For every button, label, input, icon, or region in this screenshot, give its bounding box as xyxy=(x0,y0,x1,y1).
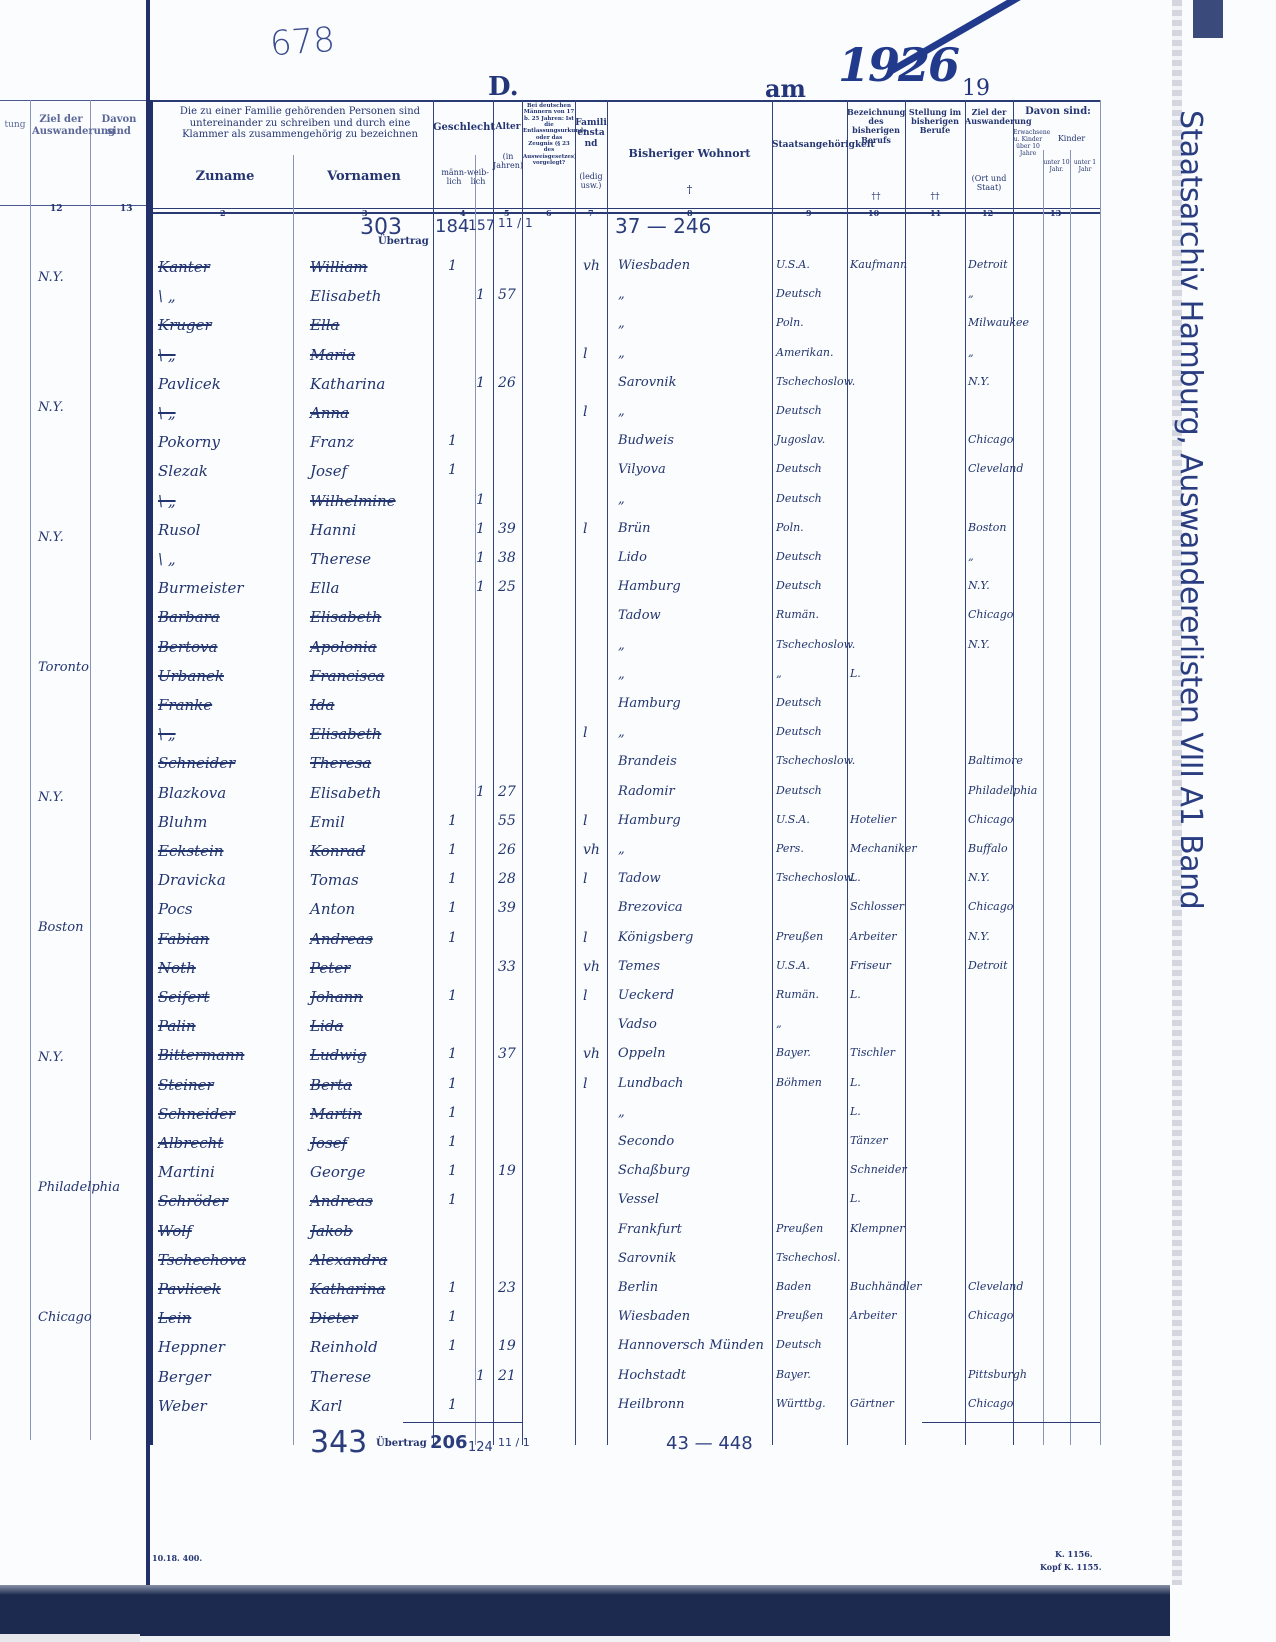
residence-cell: Temes xyxy=(618,959,660,974)
table-row: \ „Therese138LidoDeutsch„ xyxy=(150,550,1100,577)
marital-cell: vh xyxy=(583,842,600,858)
column-number: 9 xyxy=(806,208,812,218)
destination-cell: Boston xyxy=(968,521,1006,534)
marital-note: (ledig usw.) xyxy=(575,172,607,190)
male-cell: 1 xyxy=(448,1280,457,1296)
occupation-cell: Tänzer xyxy=(850,1134,888,1147)
table-row: FrankeIdaHamburgDeutsch xyxy=(150,696,1100,723)
nationality-cell: U.S.A. xyxy=(776,258,810,271)
surname-cell: \ „ xyxy=(158,404,176,422)
given-name-cell: Anton xyxy=(310,900,355,918)
destination-cell: „ xyxy=(968,287,974,300)
destination-cell: N.Y. xyxy=(968,930,990,943)
male-cell: 1 xyxy=(448,462,457,478)
surname-cell: Schneider xyxy=(158,1105,235,1123)
table-row: PalinLidaVadso„ xyxy=(150,1017,1100,1044)
nationality-cell: Tschechoslow. xyxy=(776,375,855,388)
surname-cell: Kanter xyxy=(158,258,210,276)
destination-cell: Detroit xyxy=(968,959,1008,972)
occupation-cell: Arbeiter xyxy=(850,1309,896,1322)
given-name-cell: Karl xyxy=(310,1397,342,1415)
nationality-cell: Deutsch xyxy=(776,784,822,797)
left-page-destination: Chicago xyxy=(38,1310,92,1325)
nationality-cell: Rumän. xyxy=(776,988,819,1001)
carry-over-age-top: 11 / 1 xyxy=(498,216,533,230)
nationality-cell: Deutsch xyxy=(776,696,822,709)
table-row: \ „Wilhelmine1„Deutsch xyxy=(150,492,1100,519)
rule xyxy=(0,100,146,101)
given-name-cell: Martin xyxy=(310,1105,362,1123)
residence-cell: Hamburg xyxy=(618,579,681,594)
year-prefix: 19 xyxy=(962,76,990,101)
nationality-cell: Deutsch xyxy=(776,462,822,475)
table-row: PokornyFranz1BudweisJugoslav.Chicago xyxy=(150,433,1100,460)
male-cell: 1 xyxy=(448,1134,457,1150)
scan-tab xyxy=(1193,0,1223,38)
left-page-destination: Toronto xyxy=(38,660,89,675)
occupation-cell: Kaufmann xyxy=(850,258,907,271)
left-page-destination: N.Y. xyxy=(38,1050,64,1065)
under-1-header: unter 1 Jahr xyxy=(1070,160,1100,174)
nationality-cell: „ xyxy=(776,667,782,680)
given-name-cell: Johann xyxy=(310,988,363,1006)
age-cell: 26 xyxy=(498,842,516,858)
male-cell: 1 xyxy=(448,813,457,829)
residence-cell: Königsberg xyxy=(618,930,693,945)
table-row: BergerTherese121HochstadtBayer.Pittsburg… xyxy=(150,1368,1100,1395)
surname-cell: Blazkova xyxy=(158,784,226,802)
given-name-cell: Ella xyxy=(310,579,340,597)
table-row: BlazkovaElisabeth127RadomirDeutschPhilad… xyxy=(150,784,1100,811)
male-cell: 1 xyxy=(448,1338,457,1354)
table-row: WolfJakobFrankfurtPreußenKlempner xyxy=(150,1222,1100,1249)
residence-cell: Hamburg xyxy=(618,813,681,828)
female-cell: 1 xyxy=(476,492,485,508)
given-name-cell: Elisabeth xyxy=(310,725,381,743)
table-row: HeppnerReinhold119Hannoversch MündenDeut… xyxy=(150,1338,1100,1365)
male-cell: 1 xyxy=(448,1076,457,1092)
residence-cell: Secondo xyxy=(618,1134,674,1149)
residence-cell: Vessel xyxy=(618,1192,659,1207)
carry-over-male-top: 184 xyxy=(435,216,469,237)
residence-cell: Lido xyxy=(618,550,647,565)
left-header-of-which: Davon sind xyxy=(92,114,146,138)
surname-cell: Franke xyxy=(158,696,212,714)
nationality-cell: Jugoslav. xyxy=(776,433,825,446)
table-row: KanterWilliam1vhWiesbadenU.S.A.KaufmannD… xyxy=(150,258,1100,285)
destination-cell: Cleveland xyxy=(968,462,1023,475)
residence-cell: „ xyxy=(618,346,625,361)
surname-cell: \ „ xyxy=(158,550,176,568)
given-name-cell: Katharina xyxy=(310,1280,385,1298)
archive-label: Staatsarchiv Hamburg, Auswandererlisten … xyxy=(1168,110,1210,750)
surname-cell: \ „ xyxy=(158,287,176,305)
residence-cell: Lundbach xyxy=(618,1076,683,1091)
column-number: 6 xyxy=(546,208,552,218)
male-cell: 1 xyxy=(448,842,457,858)
nationality-cell: Tschechosl. xyxy=(776,1251,840,1264)
surname-cell: \ „ xyxy=(158,492,176,510)
age-cell: 39 xyxy=(498,900,516,916)
left-page-destination: Philadelphia xyxy=(38,1180,120,1195)
nationality-cell: Deutsch xyxy=(776,287,822,300)
surname-cell: Burmeister xyxy=(158,579,244,597)
destination-cell: Detroit xyxy=(968,258,1008,271)
carry-over-total-bottom: 343 xyxy=(310,1425,367,1460)
age-cell: 28 xyxy=(498,871,516,887)
surname-cell: Seifert xyxy=(158,988,210,1006)
destination-note: (Ort und Staat) xyxy=(965,174,1013,192)
residence-mark: † xyxy=(607,184,772,197)
table-row: DravickaTomas128lTadowTschechoslow.L.N.Y… xyxy=(150,871,1100,898)
destination-cell: Chicago xyxy=(968,813,1013,826)
surname-cell: Lein xyxy=(158,1309,191,1327)
left-page-destination: N.Y. xyxy=(38,530,64,545)
discharge-note-header: Bei deutschen Männern von 17 b. 25 Jahre… xyxy=(523,103,575,166)
residence-cell: Tadow xyxy=(618,608,661,623)
surname-cell: Bluhm xyxy=(158,813,207,831)
marital-cell: l xyxy=(583,871,587,887)
occupation-cell: L. xyxy=(850,1105,861,1118)
residence-cell: „ xyxy=(618,842,625,857)
given-name-cell: Wilhelmine xyxy=(310,492,396,510)
male-cell: 1 xyxy=(448,988,457,1004)
destination-cell: N.Y. xyxy=(968,579,990,592)
male-cell: 1 xyxy=(448,930,457,946)
given-name-cell: Franz xyxy=(310,433,354,451)
table-row: WeberKarl1HeilbronnWürttbg.GärtnerChicag… xyxy=(150,1397,1100,1424)
given-name-cell: Elisabeth xyxy=(310,608,381,626)
of-which-header: Davon sind: xyxy=(1013,106,1103,118)
table-row: AlbrechtJosef1SecondoTänzer xyxy=(150,1134,1100,1161)
column-number: 12 xyxy=(982,208,993,218)
surname-cell: Tschechova xyxy=(158,1251,246,1269)
surname-cell: Noth xyxy=(158,959,196,977)
residence-cell: „ xyxy=(618,492,625,507)
marital-cell: l xyxy=(583,813,587,829)
table-row: PocsAnton139BrezovicaSchlosserChicago xyxy=(150,900,1100,927)
left-facing-page: tung Ziel der Auswanderung Davon sind 12… xyxy=(0,100,146,1500)
archive-label-text: Staatsarchiv Hamburg, Auswandererlisten … xyxy=(1173,110,1208,909)
nationality-cell: Württbg. xyxy=(776,1397,826,1410)
given-name-cell: Elisabeth xyxy=(310,287,381,305)
children-header: Kinder xyxy=(1043,134,1100,143)
residence-cell: Hochstadt xyxy=(618,1368,686,1383)
age-cell: 57 xyxy=(498,287,516,303)
occupation-cell: Mechaniker xyxy=(850,842,917,855)
occupation-cell: L. xyxy=(850,988,861,1001)
carry-over-residence-bottom: 43 — 448 xyxy=(666,1433,753,1454)
male-cell: 1 xyxy=(448,1046,457,1062)
carry-over-label-top: Übertrag xyxy=(378,236,429,247)
left-header-destination: Ziel der Auswanderung xyxy=(32,114,90,138)
residence-cell: Sarovnik xyxy=(618,375,676,390)
nationality-cell: Baden xyxy=(776,1280,811,1293)
nationality-cell: Bayer. xyxy=(776,1046,811,1059)
surname-cell: Albrecht xyxy=(158,1134,223,1152)
age-header: Alter xyxy=(493,122,523,132)
age-cell: 23 xyxy=(498,1280,516,1296)
given-name-cell: Tomas xyxy=(310,871,359,889)
age-cell: 27 xyxy=(498,784,516,800)
age-cell: 25 xyxy=(498,579,516,595)
occupation-cell: L. xyxy=(850,871,861,884)
position-header: Stellung im bisherigen Berufe xyxy=(905,108,965,136)
residence-cell: Tadow xyxy=(618,871,661,886)
surname-cell: Schröder xyxy=(158,1192,228,1210)
age-cell: 55 xyxy=(498,813,516,829)
table-row: SlezakJosef1VilyovaDeutschCleveland xyxy=(150,462,1100,489)
table-row: BurmeisterElla125HamburgDeutschN.Y. xyxy=(150,579,1100,606)
emigrant-list-table: Die zu einer Familie gehörenden Personen… xyxy=(150,100,1100,1460)
left-page-destination: N.Y. xyxy=(38,790,64,805)
nationality-cell: Preußen xyxy=(776,1309,823,1322)
nationality-cell: Pers. xyxy=(776,842,804,855)
sex-header: Geschlecht xyxy=(433,122,493,134)
given-name-cell: Berta xyxy=(310,1076,352,1094)
given-name-cell: George xyxy=(310,1163,366,1181)
surname-cell: Wolf xyxy=(158,1222,192,1240)
surname-cell: Rusol xyxy=(158,521,200,539)
residence-cell: Schaßburg xyxy=(618,1163,690,1178)
residence-cell: Hamburg xyxy=(618,696,681,711)
table-row: SchneiderMartin1„L. xyxy=(150,1105,1100,1132)
occupation-cell: Gärtner xyxy=(850,1397,894,1410)
occupation-cell: Schlosser xyxy=(850,900,904,913)
male-cell: 1 xyxy=(448,1309,457,1325)
column-number: 7 xyxy=(588,208,594,218)
occupation-cell: L. xyxy=(850,1076,861,1089)
nationality-cell: Poln. xyxy=(776,521,804,534)
nationality-cell: Preußen xyxy=(776,1222,823,1235)
nationality-cell: Preußen xyxy=(776,930,823,943)
nationality-cell: U.S.A. xyxy=(776,959,810,972)
age-cell: 19 xyxy=(498,1338,516,1354)
residence-cell: Hannoversch Münden xyxy=(618,1338,764,1353)
male-cell: 1 xyxy=(448,900,457,916)
left-header-fragment: tung xyxy=(0,120,30,131)
surname-cell: Bertova xyxy=(158,638,218,656)
female-cell: 1 xyxy=(476,521,485,537)
given-name-cell: Maria xyxy=(310,346,355,364)
table-row: SeifertJohann1lUeckerdRumän.L. xyxy=(150,988,1100,1015)
destination-cell: Cleveland xyxy=(968,1280,1023,1293)
residence-cell: Frankfurt xyxy=(618,1222,682,1237)
occupation-mark: †† xyxy=(847,192,905,202)
surname-cell: Bittermann xyxy=(158,1046,244,1064)
table-row: \ „Elisabeth157„Deutsch„ xyxy=(150,287,1100,314)
occupation-header: Bezeichnung des bisherigen Berufs xyxy=(847,108,905,145)
given-name-cell: William xyxy=(310,258,368,276)
table-row: FabianAndreas1lKönigsbergPreußenArbeiter… xyxy=(150,930,1100,957)
nationality-cell: Deutsch xyxy=(776,1338,822,1351)
residence-cell: Budweis xyxy=(618,433,674,448)
carry-over-age-bottom: 11 / 1 xyxy=(498,1436,530,1449)
table-row: BluhmEmil155lHamburgU.S.A.HotelierChicag… xyxy=(150,813,1100,840)
female-cell: 1 xyxy=(476,579,485,595)
destination-header: Ziel der Auswanderung xyxy=(965,108,1013,126)
nationality-cell: Rumän. xyxy=(776,608,819,621)
column-number: 11 xyxy=(930,208,941,218)
table-row: UrbanekFrancisca„„L. xyxy=(150,667,1100,694)
destination-cell: Chicago xyxy=(968,433,1013,446)
left-page-destination: Boston xyxy=(38,920,83,935)
age-cell: 26 xyxy=(498,375,516,391)
folio-number: 678 xyxy=(269,20,337,64)
nationality-cell: Böhmen xyxy=(776,1076,822,1089)
marital-cell: l xyxy=(583,521,587,537)
carry-over-female-bottom: 124 xyxy=(468,1440,493,1455)
occupation-cell: L. xyxy=(850,667,861,680)
given-name-cell: Therese xyxy=(310,550,371,568)
male-cell: 1 xyxy=(448,258,457,274)
given-name-cell: Francisca xyxy=(310,667,384,685)
given-name-cell: Andreas xyxy=(310,1192,373,1210)
left-page-destination: N.Y. xyxy=(38,400,64,415)
residence-cell: Radomir xyxy=(618,784,675,799)
table-row: KrugerElla„Poln.Milwaukee xyxy=(150,316,1100,343)
given-name-cell: Theresa xyxy=(310,754,371,772)
residence-cell: „ xyxy=(618,316,625,331)
male-cell: 1 xyxy=(448,1163,457,1179)
left-column-number: 12 xyxy=(50,204,63,215)
surname-cell: Kruger xyxy=(158,316,212,334)
residence-cell: Vilyova xyxy=(618,462,666,477)
destination-cell: Chicago xyxy=(968,1397,1013,1410)
occupation-cell: Schneider xyxy=(850,1163,907,1176)
given-name-cell: Konrad xyxy=(310,842,365,860)
carry-over-female-top: 157 xyxy=(468,218,495,234)
given-name-cell: Josef xyxy=(310,462,347,480)
adults-header: Erwachsene u. Kinder über 10 Jahre xyxy=(1013,130,1043,158)
nationality-cell: Deutsch xyxy=(776,725,822,738)
table-row: \ „Marial„Amerikan.„ xyxy=(150,346,1100,373)
destination-cell: N.Y. xyxy=(968,638,990,651)
surname-cell: Eckstein xyxy=(158,842,224,860)
form-code-right-head: Kopf K. 1155. xyxy=(1040,1562,1102,1572)
nationality-cell: Tschechoslow. xyxy=(776,754,855,767)
form-code-left: 10.18. 400. xyxy=(152,1553,202,1563)
form-letter: D. xyxy=(488,72,519,102)
residence-cell: Brezovica xyxy=(618,900,683,915)
destination-cell: „ xyxy=(968,550,974,563)
nationality-cell: Bayer. xyxy=(776,1368,811,1381)
form-code-right: K. 1156. xyxy=(1055,1549,1093,1559)
residence-header: Bisheriger Wohnort xyxy=(607,148,772,161)
marital-cell: vh xyxy=(583,1046,600,1062)
carry-over-male-bottom: 206 xyxy=(430,1432,468,1453)
given-name-cell: Josef xyxy=(310,1134,347,1152)
female-cell: 1 xyxy=(476,375,485,391)
scanner-bottom-shadow xyxy=(0,1585,1276,1642)
surname-cell: Dravicka xyxy=(158,871,226,889)
table-row: RusolHanni139lBrünPoln.Boston xyxy=(150,521,1100,548)
table-row: NothPeter33vhTemesU.S.A.FriseurDetroit xyxy=(150,959,1100,986)
given-name-cell: Apolonia xyxy=(310,638,377,656)
table-row: EcksteinKonrad126vh„Pers.MechanikerBuffa… xyxy=(150,842,1100,869)
destination-cell: Chicago xyxy=(968,1309,1013,1322)
destination-cell: N.Y. xyxy=(968,871,990,884)
surname-cell: Slezak xyxy=(158,462,208,480)
destination-cell: N.Y. xyxy=(968,375,990,388)
given-names-header: Vornamen xyxy=(295,170,433,185)
surname-cell: Urbanek xyxy=(158,667,224,685)
male-cell: 1 xyxy=(448,1397,457,1413)
destination-cell: Philadelphia xyxy=(968,784,1037,797)
residence-cell: Brün xyxy=(618,521,651,536)
female-cell: 1 xyxy=(476,287,485,303)
destination-cell: Milwaukee xyxy=(968,316,1029,329)
surname-cell: Schneider xyxy=(158,754,235,772)
rule xyxy=(150,100,1100,102)
table-row: MartiniGeorge119SchaßburgSchneider xyxy=(150,1163,1100,1190)
male-cell: 1 xyxy=(448,1105,457,1121)
destination-cell: Pittsburgh xyxy=(968,1368,1027,1381)
given-name-cell: Lida xyxy=(310,1017,343,1035)
surname-cell: Pocs xyxy=(158,900,193,918)
table-row: SchneiderTheresaBrandeisTschechoslow.Bal… xyxy=(150,754,1100,781)
given-name-cell: Jakob xyxy=(310,1222,353,1240)
female-cell: 1 xyxy=(476,1368,485,1384)
nationality-cell: Tschechoslow. xyxy=(776,638,855,651)
surname-cell: Heppner xyxy=(158,1338,225,1356)
surname-header: Zuname xyxy=(155,170,295,185)
occupation-cell: Friseur xyxy=(850,959,891,972)
residence-cell: Heilbronn xyxy=(618,1397,684,1412)
table-row: LeinDieter1WiesbadenPreußenArbeiterChica… xyxy=(150,1309,1100,1336)
age-cell: 38 xyxy=(498,550,516,566)
age-cell: 33 xyxy=(498,959,516,975)
given-name-cell: Therese xyxy=(310,1368,371,1386)
nationality-cell: U.S.A. xyxy=(776,813,810,826)
residence-cell: Sarovnik xyxy=(618,1251,676,1266)
age-unit: (in Jahren) xyxy=(493,152,523,170)
age-cell: 21 xyxy=(498,1368,516,1384)
marital-cell: l xyxy=(583,988,587,1004)
nationality-cell: Deutsch xyxy=(776,492,822,505)
nationality-cell: Deutsch xyxy=(776,550,822,563)
rule xyxy=(403,1422,523,1423)
occupation-cell: Tischler xyxy=(850,1046,895,1059)
occupation-cell: L. xyxy=(850,1192,861,1205)
carry-over-residence-top: 37 — 246 xyxy=(615,214,711,238)
surname-cell: Barbara xyxy=(158,608,220,626)
rule xyxy=(30,100,31,1440)
surname-cell: Pavlicek xyxy=(158,1280,221,1298)
residence-cell: Berlin xyxy=(618,1280,658,1295)
destination-cell: Chicago xyxy=(968,608,1013,621)
residence-cell: „ xyxy=(618,287,625,302)
marital-cell: vh xyxy=(583,959,600,975)
female-cell: 1 xyxy=(476,784,485,800)
nationality-cell: Tschechoslow. xyxy=(776,871,855,884)
nationality-cell: Deutsch xyxy=(776,579,822,592)
age-cell: 39 xyxy=(498,521,516,537)
table-row: BittermannLudwig137vhOppelnBayer.Tischle… xyxy=(150,1046,1100,1073)
residence-cell: Ueckerd xyxy=(618,988,674,1003)
nationality-cell: „ xyxy=(776,1017,782,1030)
residence-cell: Vadso xyxy=(618,1017,657,1032)
surname-cell: Pavlicek xyxy=(158,375,221,393)
given-name-cell: Katharina xyxy=(310,375,385,393)
given-name-cell: Peter xyxy=(310,959,350,977)
surname-cell: Pokorny xyxy=(158,433,220,451)
scan-edge xyxy=(140,1636,1276,1642)
age-cell: 19 xyxy=(498,1163,516,1179)
column-number: 10 xyxy=(868,208,879,218)
male-cell: 1 xyxy=(448,1192,457,1208)
destination-cell: Chicago xyxy=(968,900,1013,913)
